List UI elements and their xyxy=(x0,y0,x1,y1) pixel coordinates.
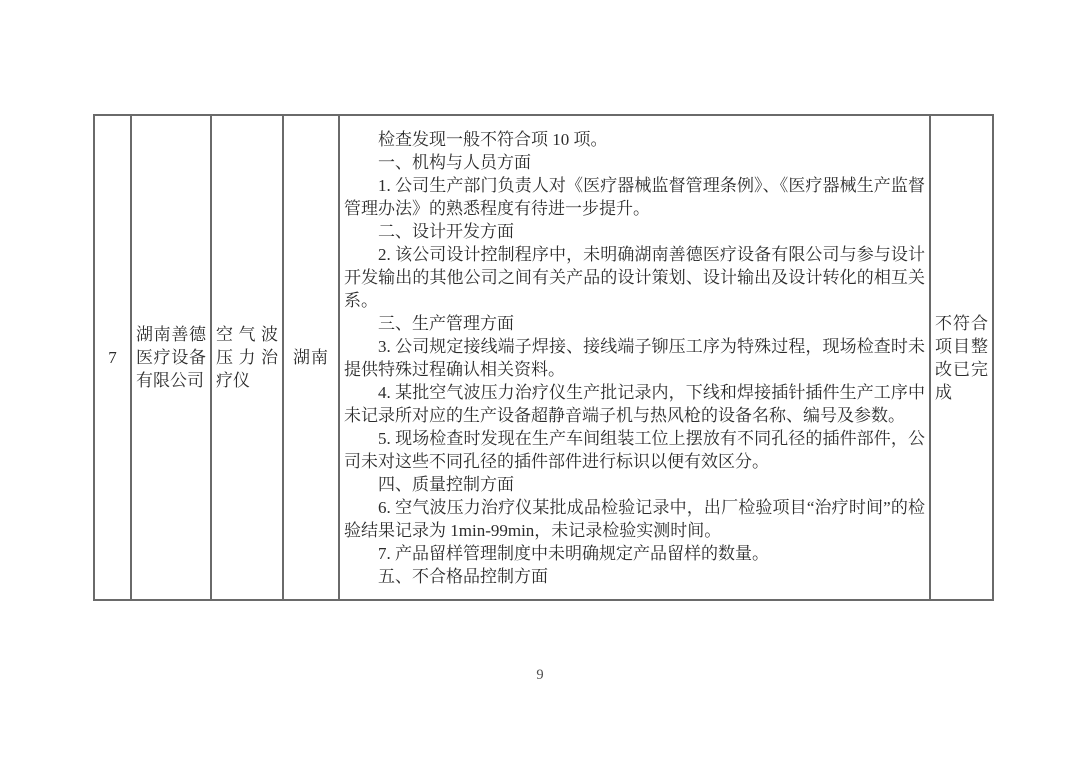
cell-province: 湖南 xyxy=(283,115,339,600)
finding-paragraph: 5. 现场检查时发现在生产车间组装工位上摆放有不同孔径的插件部件，公司未对这些不… xyxy=(344,427,925,473)
cell-company-name: 湖南善德医疗设备有限公司 xyxy=(131,115,211,600)
cell-rectification-status: 不符合项目整改已完成 xyxy=(930,115,993,600)
finding-paragraph: 一、机构与人员方面 xyxy=(344,151,925,174)
finding-paragraph: 2. 该公司设计控制程序中，未明确湖南善德医疗设备有限公司与参与设计开发输出的其… xyxy=(344,243,925,312)
finding-paragraph: 6. 空气波压力治疗仪某批成品检验记录中，出厂检验项目“治疗时间”的检验结果记录… xyxy=(344,496,925,542)
table-row: 7 湖南善德医疗设备有限公司 空气波压力治疗仪 湖南 检查发现一般不符合项 10… xyxy=(94,115,993,600)
finding-paragraph: 检查发现一般不符合项 10 项。 xyxy=(344,128,925,151)
cell-sequence-number: 7 xyxy=(94,115,131,600)
page-number: 9 xyxy=(536,667,543,684)
finding-paragraph: 五、不合格品控制方面 xyxy=(344,565,925,588)
inspection-results-table: 7 湖南善德医疗设备有限公司 空气波压力治疗仪 湖南 检查发现一般不符合项 10… xyxy=(93,114,994,601)
cell-inspection-findings: 检查发现一般不符合项 10 项。一、机构与人员方面1. 公司生产部门负责人对《医… xyxy=(339,115,930,600)
document-page: 7 湖南善德医疗设备有限公司 空气波压力治疗仪 湖南 检查发现一般不符合项 10… xyxy=(0,0,1080,764)
finding-paragraph: 三、生产管理方面 xyxy=(344,312,925,335)
finding-paragraph: 4. 某批空气波压力治疗仪生产批记录内，下线和焊接插针插件生产工序中未记录所对应… xyxy=(344,381,925,427)
finding-paragraph: 1. 公司生产部门负责人对《医疗器械监督管理条例》、《医疗器械生产监督管理办法》… xyxy=(344,174,925,220)
finding-paragraph: 7. 产品留样管理制度中未明确规定产品留样的数量。 xyxy=(344,542,925,565)
finding-paragraph: 3. 公司规定接线端子焊接、接线端子铆压工序为特殊过程，现场检查时未提供特殊过程… xyxy=(344,335,925,381)
findings-paragraph-list: 检查发现一般不符合项 10 项。一、机构与人员方面1. 公司生产部门负责人对《医… xyxy=(344,128,925,588)
cell-product-name: 空气波压力治疗仪 xyxy=(211,115,283,600)
finding-paragraph: 四、质量控制方面 xyxy=(344,473,925,496)
finding-paragraph: 二、设计开发方面 xyxy=(344,220,925,243)
